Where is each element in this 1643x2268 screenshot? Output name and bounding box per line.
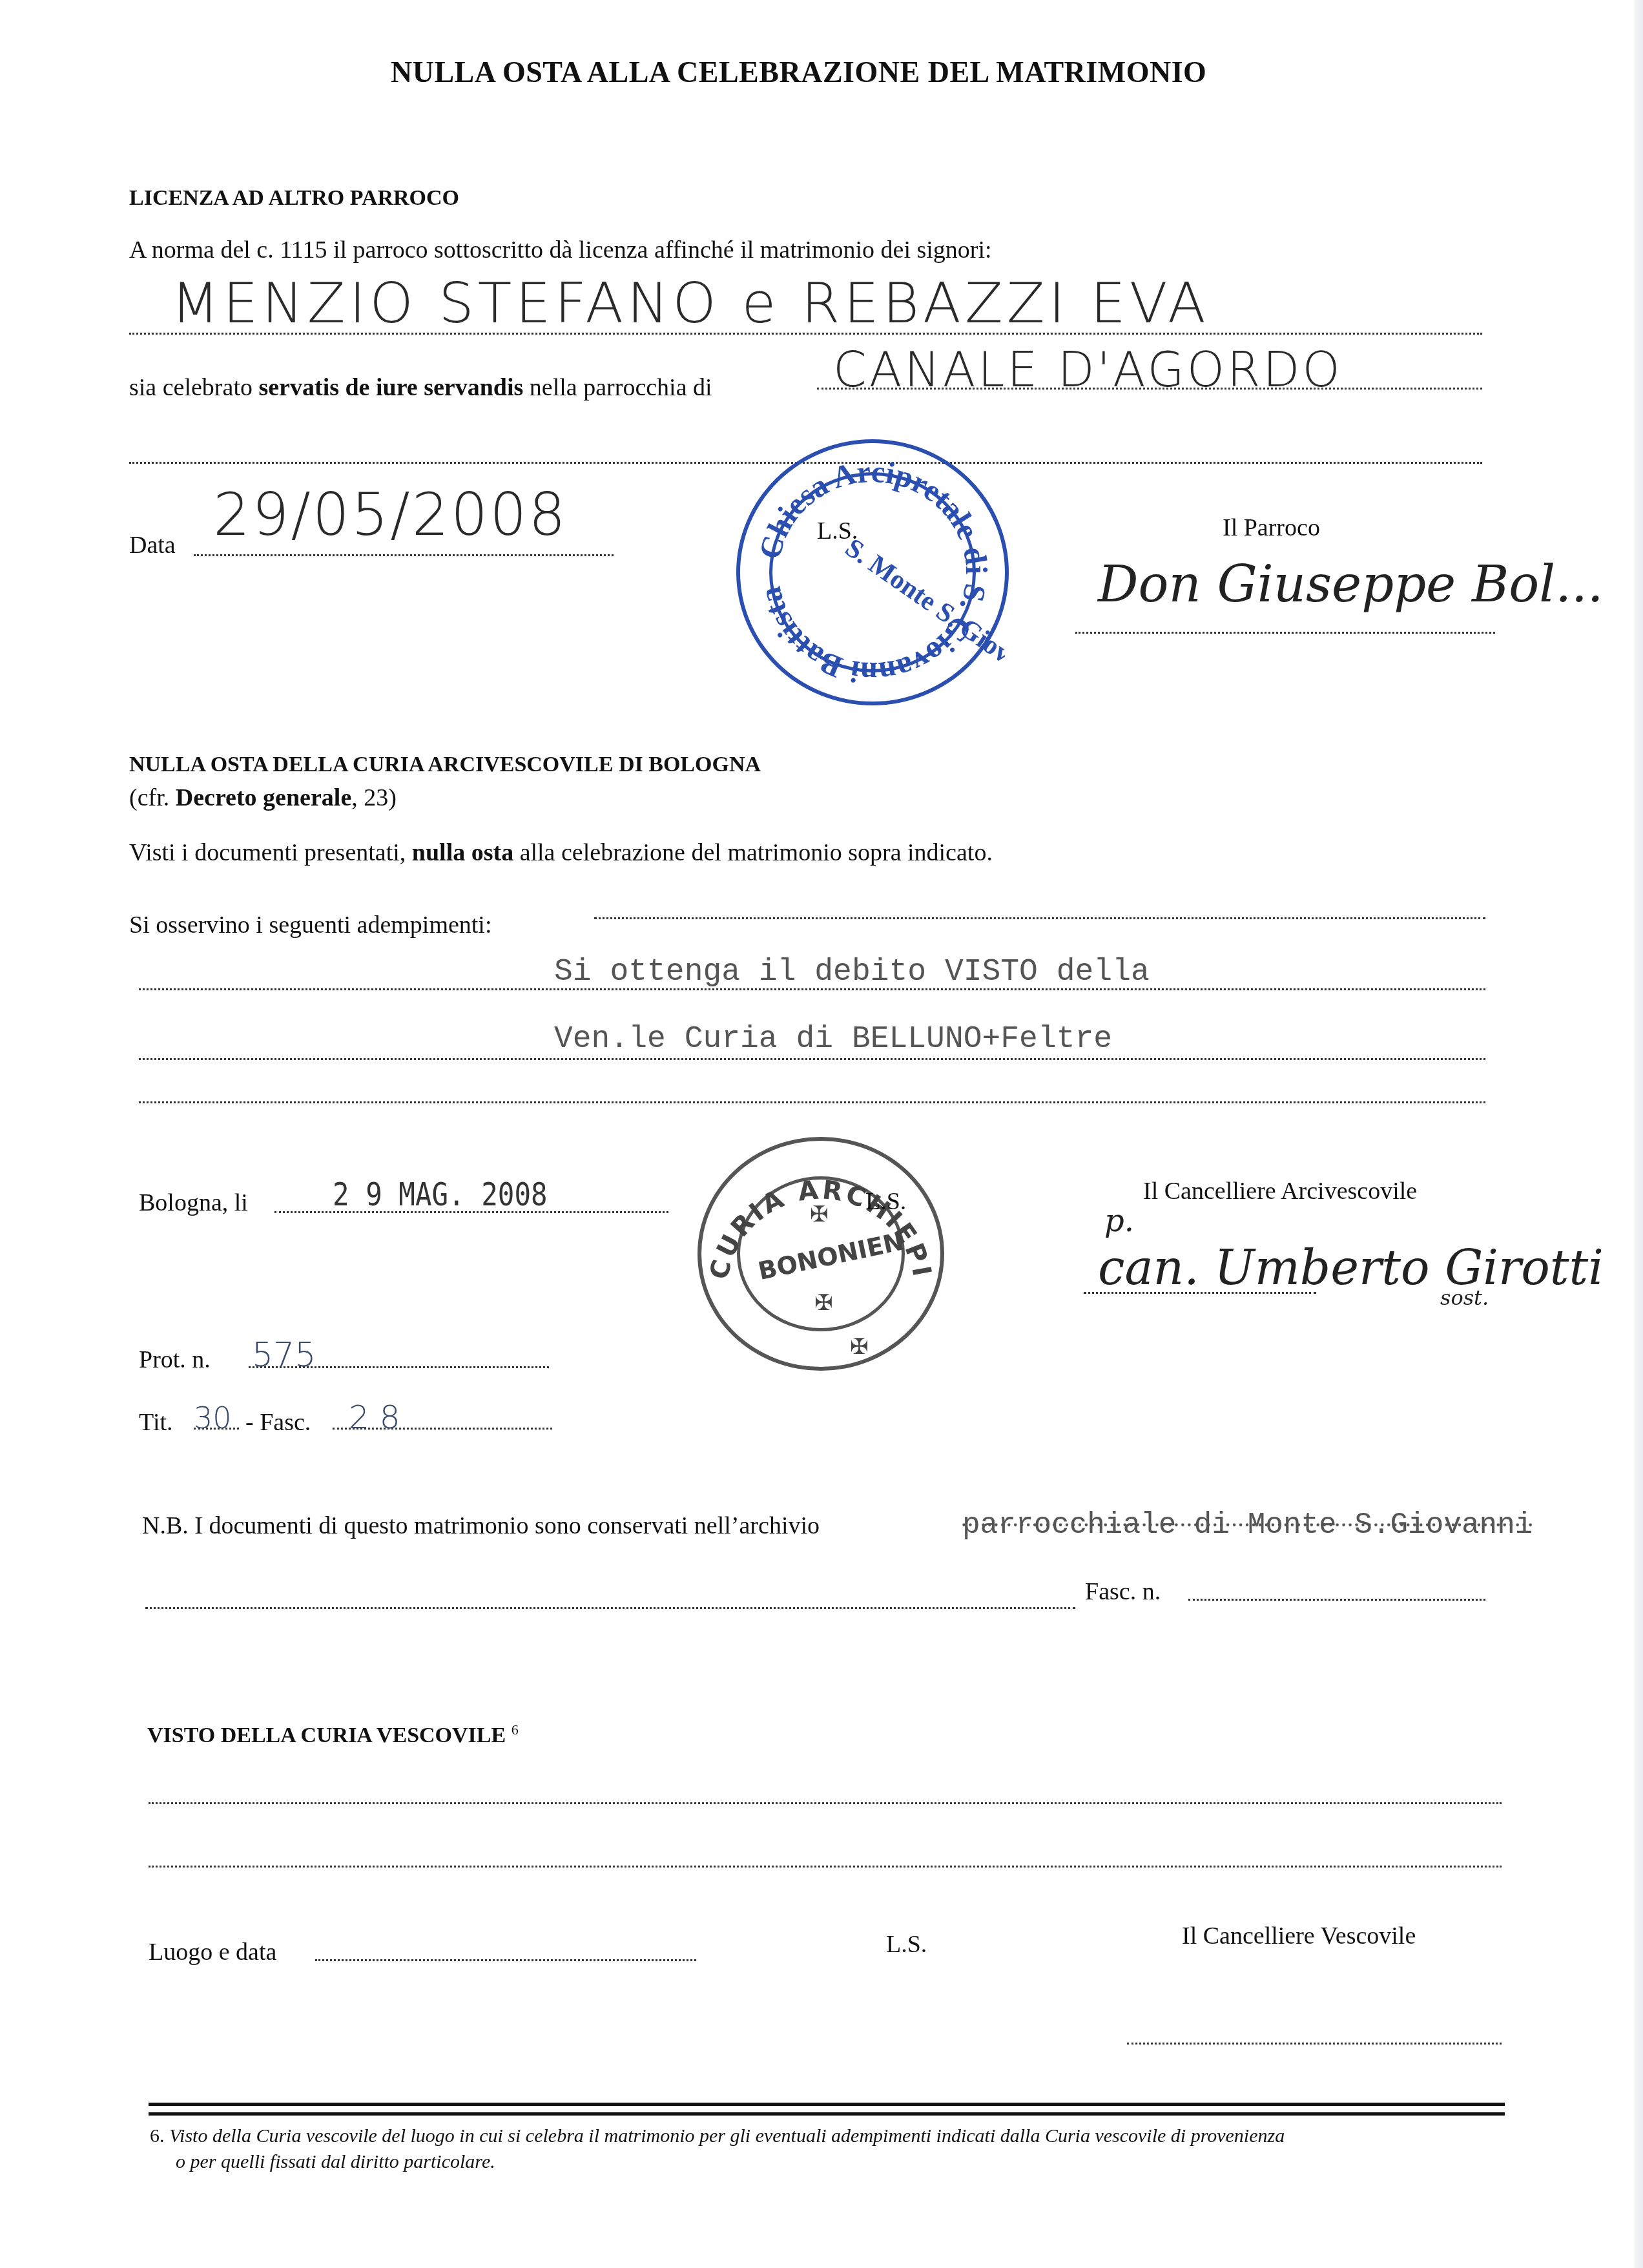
visto-heading-text: VISTO DELLA CURIA VESCOVILE (147, 1723, 506, 1747)
statement-suffix: alla celebrazione del matrimonio sopra i… (513, 839, 993, 866)
luogo-data-label: Luogo e data (149, 1938, 276, 1966)
section-heading-nulla-osta: NULLA OSTA DELLA CURIA ARCIVESCOVILE DI … (129, 753, 761, 777)
footnote-rule-bottom (149, 2112, 1505, 2116)
parish-seal-text: Chiesa Arcipretale di S. Giovanni Battis… (740, 443, 1005, 702)
bologna-date-label: Bologna, li (139, 1189, 248, 1217)
parish-prefix: sia celebrato (129, 374, 258, 401)
nb-text: N.B. I documenti di questo matrimonio so… (142, 1512, 820, 1540)
nb-fasc-label: Fasc. n. (1085, 1577, 1161, 1606)
ref-bold: Decreto generale (176, 784, 352, 811)
document-title: NULLA OSTA ALLA CELEBRAZIONE DEL MATRIMO… (391, 55, 1206, 89)
svg-text:✠: ✠ (814, 1290, 833, 1316)
footnote-line-2: o per quelli fissati dal diritto partico… (176, 2151, 495, 2173)
cancelliere-arcivescovile-title: Il Cancelliere Arcivescovile (1143, 1177, 1417, 1205)
spouses-handwritten: MENZIO STEFANO e REBAZZI EVA (171, 271, 1210, 336)
parroco-signature: Don Giuseppe Bol... (1098, 556, 1604, 614)
footnote-line-1: 6. Visto della Curia vescovile del luogo… (150, 2125, 1285, 2147)
svg-text:✠: ✠ (810, 1202, 829, 1227)
parish-seal-ls: L.S. (817, 517, 858, 545)
statement-bold: nulla osta (412, 839, 513, 866)
svg-text:BONONIEN: BONONIEN (756, 1227, 906, 1285)
requirement-2: Ven.le Curia di BELLUNO+Feltre (554, 1022, 1112, 1057)
parish-sentence: sia celebrato servatis de iure servandis… (129, 373, 712, 402)
cancelliere-vescovile-title: Il Cancelliere Vescovile (1182, 1922, 1416, 1950)
nb-fasc-line (1188, 1599, 1485, 1601)
fasc-value: 2 8 (349, 1399, 400, 1436)
parish-handwritten: CANALE D'AGORDO (833, 342, 1343, 398)
requirements-line-2 (139, 1058, 1485, 1060)
requirement-1: Si ottenga il debito VISTO della (554, 955, 1150, 990)
licenza-intro: A norma del c. 1115 il parroco sottoscri… (129, 236, 992, 264)
nb-line (145, 1607, 1075, 1609)
cancelliere-vescovile-line (1127, 2043, 1502, 2044)
fasc-label: - Fasc. (245, 1408, 311, 1437)
parish-suffix: nella parrocchia di (523, 374, 712, 401)
ref-suffix: , 23) (351, 784, 397, 811)
signature-prefix: p. (1104, 1203, 1134, 1239)
svg-text:✠: ✠ (850, 1334, 869, 1360)
visto-ls: L.S. (886, 1930, 927, 1959)
curia-seal-ls: L.S. (865, 1187, 906, 1216)
parroco-title: Il Parroco (1223, 514, 1320, 542)
bologna-date-stamped: 2 9 MAG. 2008 (333, 1176, 548, 1213)
requirements-label: Si osservino i seguenti adempimenti: (129, 911, 491, 939)
visto-line-2 (149, 1866, 1502, 1867)
requirements-line-0 (594, 917, 1485, 919)
prot-value: 575 (252, 1336, 316, 1375)
requirements-line-3 (139, 1101, 1485, 1103)
parish-bold: servatis de iure servandis (258, 374, 523, 401)
date-line (194, 554, 614, 556)
parish-seal: Chiesa Arcipretale di S. Giovanni Battis… (736, 439, 1009, 705)
scan-edge (1634, 0, 1643, 2268)
section-heading-visto: VISTO DELLA CURIA VESCOVILE 6 (147, 1722, 519, 1748)
footnote-text-1: Visto della Curia vescovile del luogo in… (169, 2125, 1285, 2147)
decreto-reference: (cfr. Decreto generale, 23) (129, 784, 397, 812)
visto-footnote-ref: 6 (512, 1722, 519, 1738)
curia-seal-text: CURIA ARCHIEPISCOPALIS BONONIEN ✠ ✠ ✠ (701, 1141, 940, 1367)
date-handwritten: 29/05/2008 (213, 481, 568, 549)
tit-value: 30 (194, 1400, 232, 1435)
curia-seal: CURIA ARCHIEPISCOPALIS BONONIEN ✠ ✠ ✠ (697, 1137, 944, 1371)
luogo-data-line (315, 1959, 696, 1961)
cancelliere-signature: can. Umberto Girotti (1098, 1240, 1604, 1296)
signature-suffix: sost. (1440, 1285, 1489, 1310)
tit-label: Tit. (139, 1408, 173, 1437)
parroco-signature-line (1075, 632, 1495, 634)
ref-prefix: (cfr. (129, 784, 176, 811)
prot-label: Prot. n. (139, 1346, 211, 1374)
statement-prefix: Visti i documenti presentati, (129, 839, 412, 866)
nb-archive-typed: parrocchiale di Monte S.Giovanni (962, 1508, 1533, 1542)
section-heading-licenza: LICENZA AD ALTRO PARROCO (129, 186, 459, 211)
nulla-osta-statement: Visti i documenti presentati, nulla osta… (129, 838, 993, 867)
visto-line-1 (149, 1802, 1502, 1804)
footnote-number: 6. (150, 2125, 165, 2147)
footnote-rule-top (149, 2103, 1505, 2106)
date-label: Data (129, 531, 176, 559)
